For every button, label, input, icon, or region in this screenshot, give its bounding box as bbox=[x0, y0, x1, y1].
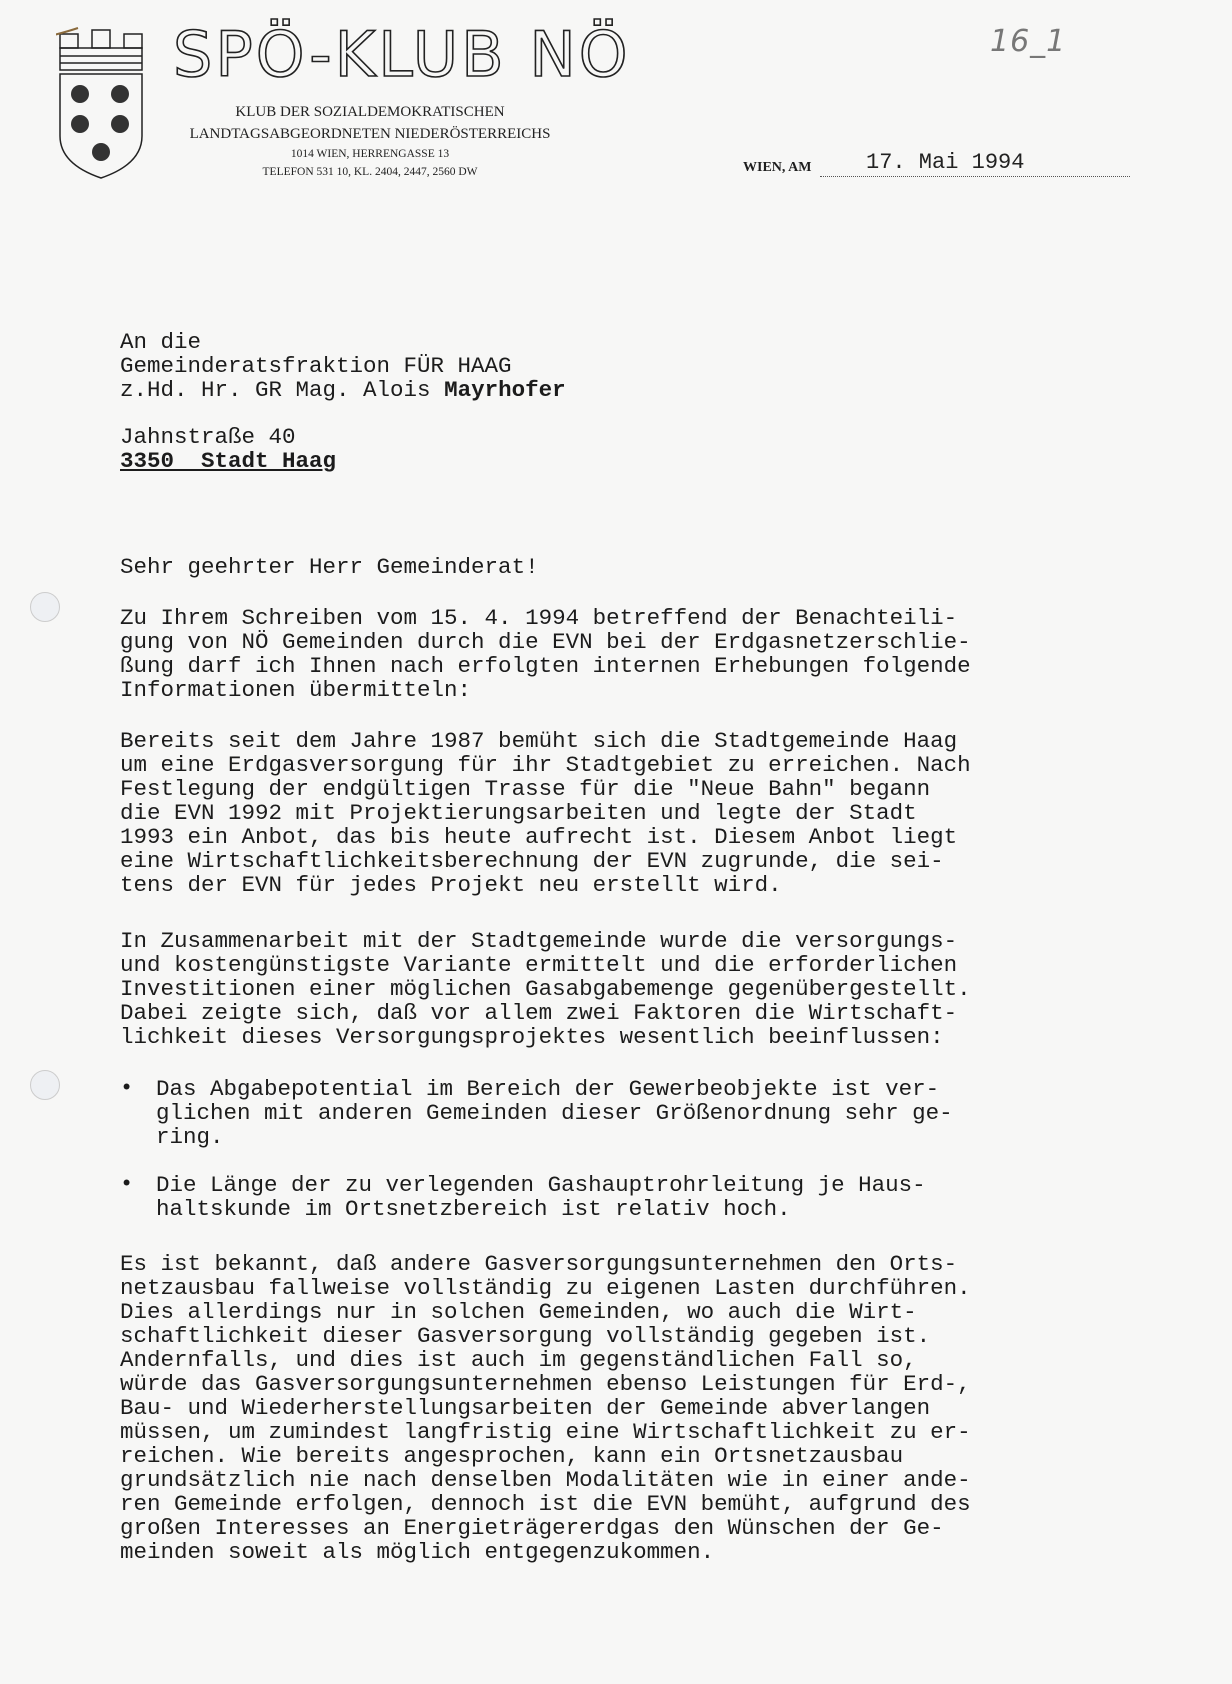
text-line: glichen mit anderen Gemeinden dieser Grö… bbox=[156, 1101, 1080, 1125]
text-line: Dies allerdings nur in solchen Gemeinden… bbox=[120, 1300, 1070, 1324]
recipient-line-1: An die bbox=[120, 330, 566, 354]
text-line: Andernfalls, und dies ist auch im gegens… bbox=[120, 1348, 1070, 1372]
text-line: grundsätzlich nie nach denselben Modalit… bbox=[120, 1468, 1070, 1492]
date-value: 17. Mai 1994 bbox=[866, 150, 1024, 175]
bullet-icon: • bbox=[120, 1077, 133, 1101]
recipient-line-2: Gemeinderatsfraktion FÜR HAAG bbox=[120, 354, 566, 378]
text-line: haltskunde im Ortsnetzbereich ist relati… bbox=[156, 1197, 1080, 1221]
letterhead-line-1: KLUB DER SOZIALDEMOKRATISCHEN bbox=[160, 104, 580, 121]
bullet-item: • Die Länge der zu verlegenden Gashauptr… bbox=[120, 1173, 1080, 1221]
letterhead-line-2: LANDTAGSABGEORDNETEN NIEDERÖSTERREICHS bbox=[160, 126, 580, 143]
coat-of-arms-icon bbox=[56, 24, 146, 180]
text-line: lichkeit dieses Versorgungsprojektes wes… bbox=[120, 1025, 1070, 1049]
recipient-street: Jahnstraße 40 bbox=[120, 425, 566, 449]
text-line: Das Abgabepotential im Bereich der Gewer… bbox=[156, 1077, 1080, 1101]
text-line: Bau- und Wiederherstellungsarbeiten der … bbox=[120, 1396, 1070, 1420]
text-line: gung von NÖ Gemeinden durch die EVN bei … bbox=[120, 630, 1070, 654]
text-line: In Zusammenarbeit mit der Stadtgemeinde … bbox=[120, 929, 1070, 953]
text-line: würde das Gasversorgungsunternehmen eben… bbox=[120, 1372, 1070, 1396]
punch-hole bbox=[30, 1070, 60, 1100]
date-dotted-line bbox=[820, 176, 1130, 177]
paragraph-3: In Zusammenarbeit mit der Stadtgemeinde … bbox=[120, 929, 1070, 1049]
text-line: meinden soweit als möglich entgegenzukom… bbox=[120, 1540, 1070, 1564]
paragraph-2: Bereits seit dem Jahre 1987 bemüht sich … bbox=[120, 729, 1070, 897]
recipient-surname: Mayrhofer bbox=[444, 377, 566, 403]
text-line: Festlegung der endgültigen Trasse für di… bbox=[120, 777, 1070, 801]
bullet-icon: • bbox=[120, 1173, 133, 1197]
paragraph-1: Zu Ihrem Schreiben vom 15. 4. 1994 betre… bbox=[120, 606, 1070, 702]
text-line: und kostengünstigste Variante ermittelt … bbox=[120, 953, 1070, 977]
text-line: reichen. Wie bereits angesprochen, kann … bbox=[120, 1444, 1070, 1468]
recipient-address: An die Gemeinderatsfraktion FÜR HAAG z.H… bbox=[120, 330, 566, 473]
text-line: ren Gemeinde erfolgen, dennoch ist die E… bbox=[120, 1492, 1070, 1516]
text-line: Die Länge der zu verlegenden Gashauptroh… bbox=[156, 1173, 1080, 1197]
text-line: ring. bbox=[156, 1125, 1080, 1149]
bullet-item: • Das Abgabepotential im Bereich der Gew… bbox=[120, 1077, 1080, 1149]
text-line: Zu Ihrem Schreiben vom 15. 4. 1994 betre… bbox=[120, 606, 1070, 630]
text-line: Es ist bekannt, daß andere Gasversorgung… bbox=[120, 1252, 1070, 1276]
letterhead-phone: TELEFON 531 10, KL. 2404, 2447, 2560 DW bbox=[160, 166, 580, 178]
date-label: WIEN, AM bbox=[743, 160, 811, 176]
bullet-list: • Das Abgabepotential im Bereich der Gew… bbox=[120, 1077, 1080, 1221]
text-line: die EVN 1992 mit Projektierungsarbeiten … bbox=[120, 801, 1070, 825]
salutation: Sehr geehrter Herr Gemeinderat! bbox=[120, 555, 539, 579]
handwritten-file-number: 16_1 bbox=[990, 24, 1066, 59]
text-line: um eine Erdgasversorgung für ihr Stadtge… bbox=[120, 753, 1070, 777]
text-line: Informationen übermitteln: bbox=[120, 678, 1070, 702]
text-line: Investitionen einer möglichen Gasabgabem… bbox=[120, 977, 1070, 1001]
text-line: ßung darf ich Ihnen nach erfolgten inter… bbox=[120, 654, 1070, 678]
text-line: eine Wirtschaftlichkeitsberechnung der E… bbox=[120, 849, 1070, 873]
text-line: müssen, um zumindest langfristig eine Wi… bbox=[120, 1420, 1070, 1444]
letterhead-address: 1014 WIEN, HERRENGASSE 13 bbox=[160, 148, 580, 160]
recipient-line-3: z.Hd. Hr. GR Mag. Alois Mayrhofer bbox=[120, 378, 566, 402]
recipient-city: 3350 Stadt Haag bbox=[120, 449, 566, 473]
brand-title: SPÖ-KLUB NÖ bbox=[173, 24, 631, 86]
text-line: netzausbau fallweise vollständig zu eige… bbox=[120, 1276, 1070, 1300]
text-line: Bereits seit dem Jahre 1987 bemüht sich … bbox=[120, 729, 1070, 753]
text-line: 1993 ein Anbot, das bis heute aufrecht i… bbox=[120, 825, 1070, 849]
text-line: großen Interesses an Energieträgererdgas… bbox=[120, 1516, 1070, 1540]
text-line: schaftlichkeit dieser Gasversorgung voll… bbox=[120, 1324, 1070, 1348]
recipient-title: z.Hd. Hr. GR Mag. Alois bbox=[120, 377, 444, 403]
text-line: tens der EVN für jedes Projekt neu erste… bbox=[120, 873, 1070, 897]
text-line: Dabei zeigte sich, daß vor allem zwei Fa… bbox=[120, 1001, 1070, 1025]
punch-hole bbox=[30, 592, 60, 622]
letter-page: SPÖ-KLUB NÖ KLUB DER SOZIALDEMOKRATISCHE… bbox=[0, 0, 1232, 1684]
paragraph-4: Es ist bekannt, daß andere Gasversorgung… bbox=[120, 1252, 1070, 1564]
